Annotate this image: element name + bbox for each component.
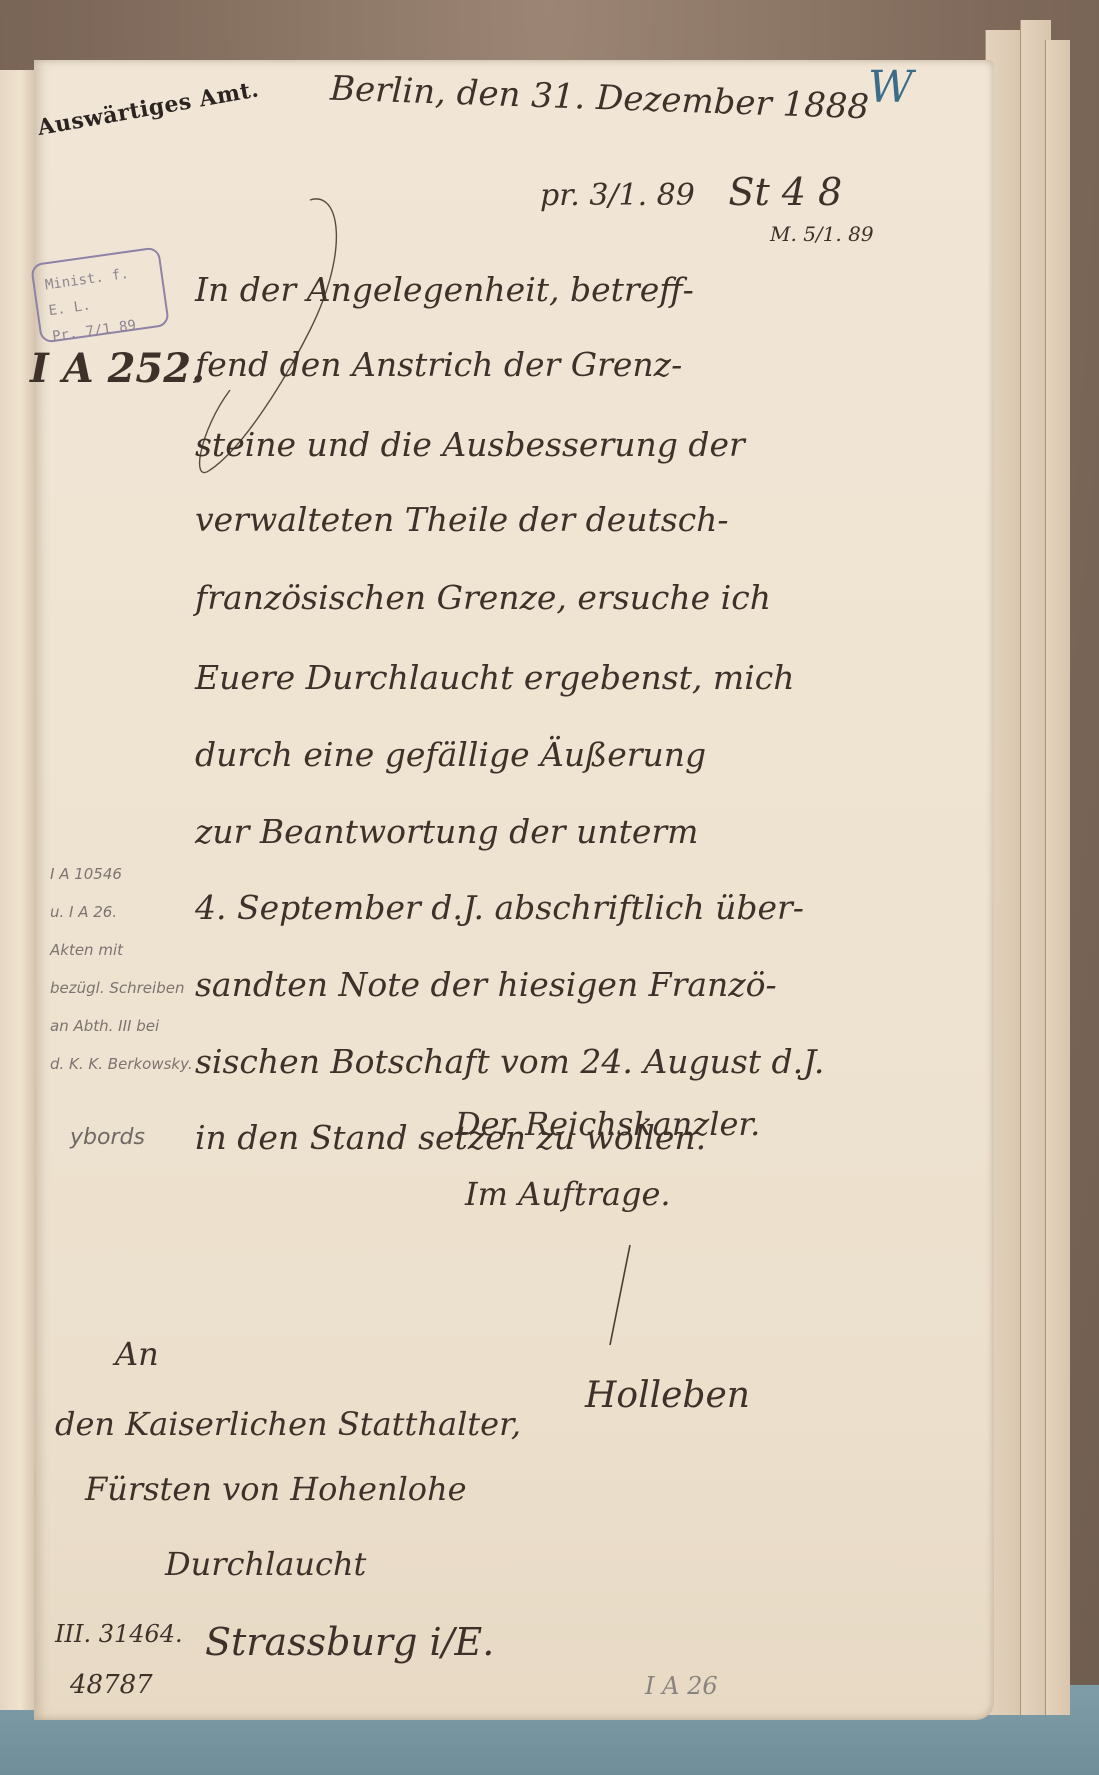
- closing-line-2: Im Auftrage.: [465, 1175, 671, 1213]
- closing-line-1: Der Reichskanzler.: [455, 1105, 760, 1143]
- body-line: verwalteten Theile der deutsch-: [195, 500, 729, 539]
- body-line: Euere Durchlaucht ergebenst, mich: [195, 658, 794, 697]
- address-line-3: Fürsten von Hohenlohe: [85, 1470, 467, 1508]
- body-line: In der Angelegenheit, betreff-: [195, 270, 694, 309]
- left-reference-2: 48787: [70, 1670, 153, 1700]
- note-line: an Abth. III bei: [50, 1007, 200, 1045]
- registry-mark: St 4 8: [728, 170, 842, 214]
- blue-pencil-mark: W: [868, 62, 913, 113]
- body-line: französischen Grenze, ersuche ich: [195, 578, 771, 617]
- note-line: I A 10546: [50, 855, 200, 893]
- margin-note-end: ybords: [70, 1125, 145, 1150]
- body-line: zur Beantwortung der unterm: [195, 812, 698, 851]
- address-line-5: Strassburg i/E.: [205, 1620, 494, 1664]
- body-line: 4. September d.J. abschriftlich über-: [195, 888, 804, 927]
- note-line: d. K. K. Berkowsky.: [50, 1045, 200, 1083]
- facing-page-edge: [0, 70, 35, 1710]
- registry-sub: M. 5/1. 89: [770, 222, 874, 246]
- body-line: fend den Anstrich der Grenz-: [195, 345, 682, 384]
- note-line: Akten mit: [50, 931, 200, 969]
- note-line: bezügl. Schreiben: [50, 969, 200, 1007]
- file-number: I A 252.: [30, 345, 205, 392]
- bottom-reference: I A 26: [645, 1672, 718, 1700]
- note-line: u. I A 26.: [50, 893, 200, 931]
- address-line-2: den Kaiserlichen Statthalter,: [55, 1405, 521, 1443]
- page-stack-edge: [1045, 40, 1070, 1715]
- received-mark: pr. 3/1. 89 St 4 8: [540, 170, 842, 214]
- body-line: steine und die Ausbesserung der: [195, 425, 745, 464]
- received-date: pr. 3/1. 89: [540, 178, 695, 213]
- address-line-4: Durchlaucht: [165, 1545, 366, 1583]
- signature: Holleben: [585, 1375, 750, 1416]
- margin-note: I A 10546 u. I A 26. Akten mit bezügl. S…: [50, 855, 200, 1083]
- body-line: sischen Botschaft vom 24. August d.J.: [195, 1042, 824, 1081]
- ministry-stamp: Minist. f. E. L. Pr. 7/1 89: [30, 246, 170, 343]
- left-reference: III. 31464.: [55, 1620, 183, 1648]
- body-line: durch eine gefällige Äußerung: [195, 735, 706, 774]
- body-line: sandten Note der hiesigen Franzö-: [195, 965, 777, 1004]
- address-line-1: An: [115, 1335, 159, 1373]
